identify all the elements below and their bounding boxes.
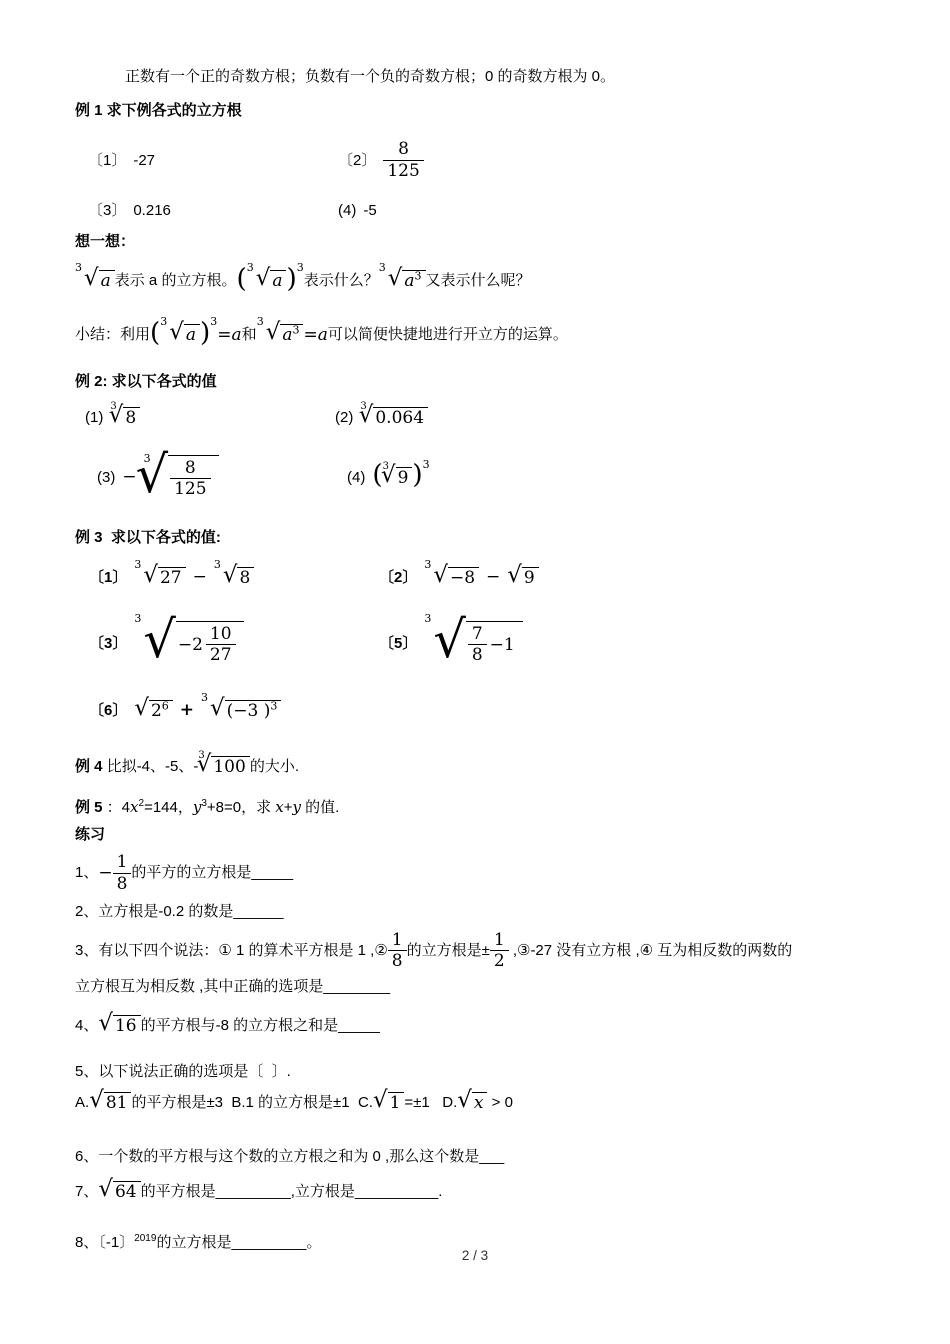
question-text: 的立方根是±: [407, 942, 490, 959]
radicand: 16: [113, 1015, 141, 1036]
practice-item-6: 6、一个数的平方根与这个数的立方根之和为 0 ,那么这个数是___: [75, 1146, 880, 1168]
exponent: 6: [162, 699, 169, 712]
example2-row1: (1)3√8 (2)3√0.064: [75, 401, 880, 435]
fraction: 18: [113, 853, 132, 893]
left-paren: (: [150, 320, 160, 346]
radicand: −21027: [176, 621, 244, 666]
example4-text-end: 的大小.: [250, 756, 299, 778]
square-root: √1: [373, 1092, 404, 1113]
fraction-numerator: 7: [468, 625, 487, 646]
summary-prefix: 小结：利用: [75, 324, 150, 346]
radicand: a3: [402, 270, 425, 291]
base: 2: [151, 701, 162, 721]
document-page: 正数有一个正的奇数方根；负数有一个负的奇数方根；0 的奇数方根为 0。 例 1 …: [0, 0, 950, 1344]
radicand: 9: [396, 467, 413, 488]
cube-root-of-a-cubed: 3√a3: [257, 324, 304, 345]
fraction: 18: [388, 931, 407, 971]
example5-text: +8=0，求: [207, 799, 275, 816]
example4-line: 例 4 比拟-4、-5、-3√100的大小.: [75, 749, 880, 785]
fraction-denominator: 8: [113, 874, 132, 894]
option-a-label: A.: [75, 1092, 89, 1114]
think-text-3: 又表示什么呢？: [426, 270, 531, 292]
fraction-numerator: 1: [113, 853, 132, 874]
example3-row2: 〔3〕3√−21027 〔5〕3√78−1: [75, 609, 880, 679]
item-label: 〔2〕: [338, 150, 376, 172]
item-number: 4、: [75, 1015, 98, 1037]
right-paren: ): [286, 266, 296, 292]
practice-item-4: 4、√16的平方根与-8 的立方根之和是_____: [75, 1011, 880, 1041]
fraction: 1027: [206, 625, 236, 665]
radicand: x: [472, 1092, 488, 1113]
equals-sign: =: [217, 323, 231, 348]
item-label: 〔6〕: [89, 700, 127, 722]
page-number: 2 / 3: [0, 1246, 950, 1266]
cube-root-of-a: 3√a: [75, 270, 115, 291]
radical-sign: √: [136, 450, 169, 501]
cube-root: 3√8: [110, 407, 140, 428]
square-root: √81: [89, 1092, 131, 1113]
square-root-of-power: √26: [134, 700, 172, 721]
example3-row3: 〔6〕√26+3√(−3 )3: [75, 689, 880, 733]
item-label: 〔2〕: [379, 567, 417, 589]
item-value: -5: [363, 200, 376, 222]
variable-y: y: [293, 798, 301, 816]
options-text-end: > 0: [487, 1092, 512, 1114]
example1-row1: 〔1〕-27 〔2〕8125: [75, 132, 880, 190]
minus-sign: −: [193, 565, 207, 590]
example4-title: 例 4: [75, 756, 103, 778]
plus-sign: +: [180, 698, 194, 723]
radicand: 8: [123, 407, 140, 428]
example3-item-5: 〔5〕3√78−1: [379, 621, 523, 667]
radicand: a: [270, 270, 286, 291]
cube-root: 3√9: [383, 467, 413, 488]
example3-title: 例 3 求以下各式的值:: [75, 527, 880, 549]
fraction-numerator: 10: [206, 625, 236, 646]
cube-root: 3√0.064: [360, 407, 428, 428]
item-number: 7、: [75, 1181, 98, 1203]
example2-item-1: (1)3√8: [85, 407, 335, 429]
square-root: √9: [507, 567, 538, 588]
item-label: (4): [347, 467, 365, 489]
cube-root: 3√8: [214, 567, 254, 588]
radical-sign: √: [457, 1089, 472, 1112]
practice-item-5: 5、以下说法正确的选项是〔 〕.: [75, 1061, 880, 1083]
minus-one: −1: [490, 635, 515, 655]
fraction: 8125: [383, 140, 423, 180]
variable-x: x: [275, 798, 283, 816]
radical-sign: √: [433, 564, 448, 587]
radical-sign: √: [266, 321, 281, 344]
fraction: 8125: [170, 459, 210, 499]
square-root: √x: [457, 1092, 487, 1113]
summary-suffix: 可以简便快捷地进行开立方的运算。: [328, 324, 568, 346]
and-text: 和: [242, 324, 257, 346]
example5-text: =144，: [144, 799, 193, 816]
practice-item-1: 1、−18的平方的立方根是_____: [75, 850, 880, 896]
exponent: 2019: [134, 1233, 156, 1244]
fraction: 78: [468, 625, 487, 665]
equals-sign: =: [303, 323, 317, 348]
plus-sign: +: [284, 799, 293, 816]
variable-a: a: [318, 323, 328, 348]
radical-sign: √: [210, 697, 225, 720]
exponent: 3: [270, 699, 277, 712]
example3-item-1: 〔1〕3√27−3√8: [89, 565, 379, 590]
base: (−3 ): [227, 701, 271, 721]
left-paren: (: [236, 266, 246, 292]
fraction-denominator: 8: [388, 951, 407, 971]
fraction-denominator: 27: [206, 645, 236, 665]
item-label: (3): [97, 467, 115, 489]
summary-line: 小结：利用(3√a)3=a和3√a3=a可以简便快捷地进行开立方的运算。: [75, 313, 880, 357]
example1-item-3: 〔3〕0.216: [88, 200, 338, 222]
cube-root-of-a: 3√a: [247, 270, 287, 291]
minus-sign: −: [122, 465, 136, 490]
fraction-denominator: 2: [490, 951, 509, 971]
think-title: 想一想：: [75, 231, 880, 253]
radicand: 27: [158, 567, 186, 588]
variable-a: a: [282, 325, 292, 345]
radicand: a3: [280, 324, 303, 345]
right-paren: ): [200, 320, 210, 346]
example2-item-2: (2)3√0.064: [335, 407, 428, 429]
cube-root-of-fraction: 3√8125: [144, 455, 219, 501]
question-text: 的平方的立方根是_____: [131, 862, 293, 884]
right-paren: ): [412, 462, 422, 488]
example1-item-1: 〔1〕-27: [88, 150, 338, 172]
integer-part: −2: [178, 635, 203, 655]
cube-of-cube-root: (3√a)3: [236, 270, 303, 292]
radical-sign: √: [89, 1089, 104, 1112]
example5-text-end: 的值.: [301, 799, 339, 816]
radicand: 64: [113, 1181, 141, 1202]
practice-item-3: 3、有以下四个说法：① 1 的算术平方根是 1 ,②18的立方根是±12 ,③-…: [75, 931, 880, 1003]
cube-root: 3√27: [134, 567, 185, 588]
cube-root-of-a-cubed: 3√a3: [379, 270, 426, 291]
item-label: 〔3〕: [88, 200, 126, 222]
radicand: 0.064: [373, 407, 428, 428]
practice-item-7: 7、√64的平方根是_________,立方根是__________.: [75, 1176, 880, 1208]
cube-of-cube-root: (3√9)3: [372, 467, 429, 489]
question-text-line2: 立方根互为相反数 ,其中正确的选项是________: [75, 978, 390, 995]
cube-root-of-mixed-number: 3√−21027: [134, 621, 243, 667]
fraction-denominator: 125: [383, 161, 423, 181]
think-formula-line: 3√a表示 a 的立方根。(3√a)3表示什么？3√a3又表示什么呢？: [75, 258, 880, 304]
radical-sign: √: [433, 615, 466, 666]
example2-item-4: (4)(3√9)3: [347, 467, 430, 489]
options-text: 的平方根是±3 B.1 的立方根是±1 C.: [131, 1092, 373, 1114]
radical-sign: √: [98, 1178, 113, 1201]
variable-a: a: [232, 323, 242, 348]
fraction-numerator: 8: [383, 140, 423, 161]
exponent: 3: [415, 270, 422, 283]
example2-item-3: (3)−3√8125: [85, 455, 347, 501]
radicand: (−3 )3: [225, 700, 282, 721]
example3-item-6: 〔6〕√26+3√(−3 )3: [89, 698, 281, 723]
example1-item-2: 〔2〕8125: [338, 140, 424, 180]
example5-line: 例 5 ：4x2=144，y3+8=0，求 x+y 的值.: [75, 797, 880, 819]
practice-item-5-options: A.√81的平方根是±3 B.1 的立方根是±1 C.√1=±1 D.√x > …: [75, 1086, 880, 1118]
radical-sign: √: [507, 564, 522, 587]
item-value: -27: [133, 150, 155, 172]
item-label: (4): [338, 200, 356, 222]
item-label: (2): [335, 407, 353, 429]
question-text: 的平方根与-8 的立方根之和是_____: [141, 1015, 380, 1037]
cube-root-of-a: 3√a: [160, 324, 200, 345]
item-value: 0.216: [133, 200, 171, 222]
radicand: 26: [149, 700, 173, 721]
cube-root: 3√100: [198, 756, 249, 777]
cube-of-cube-root: (3√a)3: [150, 324, 217, 346]
example3-item-2: 〔2〕3√−8−√9: [379, 565, 539, 590]
example3-item-3: 〔3〕3√−21027: [89, 621, 379, 667]
example2-title: 例 2: 求以下各式的值: [75, 371, 880, 393]
cube-root: 3√−8: [424, 567, 479, 588]
think-text-2: 表示什么？: [304, 270, 379, 292]
radicand: 8125: [168, 455, 218, 500]
radical-sign: √: [388, 267, 403, 290]
radical-sign: √: [84, 267, 99, 290]
square-root: √16: [98, 1015, 140, 1036]
options-text: =±1 D.: [404, 1092, 457, 1114]
square-root: √64: [98, 1181, 140, 1202]
radicand: 9: [522, 567, 539, 588]
radical-sign: √: [143, 564, 158, 587]
fraction-numerator: 1: [490, 931, 509, 952]
cube-root-of-expression: 3√78−1: [424, 621, 522, 667]
fraction-numerator: 1: [388, 931, 407, 952]
question-text: ,③-27 没有立方根 ,④ 互为相反数的两数的: [509, 942, 793, 959]
radicand: 100: [211, 756, 249, 777]
radical-sign: √: [223, 564, 238, 587]
example5-text: ：4: [103, 799, 131, 816]
think-text-1: 表示 a 的立方根。: [115, 270, 237, 292]
question-text: 3、有以下四个说法：① 1 的算术平方根是 1 ,②: [75, 942, 388, 959]
item-label: 〔5〕: [379, 633, 417, 655]
radicand: 1: [388, 1092, 405, 1113]
example4-text: 比拟-4、-5、-: [103, 756, 199, 778]
example1-row2: 〔3〕0.216 (4)-5: [75, 200, 880, 222]
radical-sign: √: [256, 267, 271, 290]
radical-sign: √: [373, 1089, 388, 1112]
fraction-denominator: 8: [468, 645, 487, 665]
radical-sign: √: [98, 1012, 113, 1035]
fraction: 12: [490, 931, 509, 971]
fraction-denominator: 125: [170, 479, 210, 499]
practice-item-2: 2、立方根是-0.2 的数是______: [75, 901, 880, 923]
cube-root-of-power: 3√(−3 )3: [201, 700, 281, 721]
item-label: 〔1〕: [88, 150, 126, 172]
variable-x: x: [130, 798, 138, 816]
practice-title: 练习: [75, 824, 880, 846]
example2-row2: (3)−3√8125 (4)(3√9)3: [75, 445, 880, 511]
example5-title: 例 5: [75, 799, 103, 816]
item-number: 1、: [75, 862, 98, 884]
item-label: 〔1〕: [89, 567, 127, 589]
radicand: a: [184, 324, 200, 345]
radicand: −8: [448, 567, 479, 588]
radicand: 8: [237, 567, 254, 588]
example3-row1: 〔1〕3√27−3√8 〔2〕3√−8−√9: [75, 557, 880, 599]
question-text: 的平方根是_________,立方根是__________.: [141, 1181, 443, 1203]
item-label: (1): [85, 407, 103, 429]
intro-text: 正数有一个正的奇数方根；负数有一个负的奇数方根；0 的奇数方根为 0。: [75, 66, 880, 88]
radicand: 81: [104, 1092, 132, 1113]
exponent: 3: [292, 324, 299, 337]
radicand: 78−1: [466, 621, 523, 666]
minus-sign: −: [486, 565, 500, 590]
example1-item-4: (4)-5: [338, 200, 377, 222]
variable-a: a: [404, 271, 414, 291]
fraction-numerator: 8: [170, 459, 210, 480]
example1-title: 例 1 求下例各式的立方根: [75, 100, 880, 122]
item-label: 〔3〕: [89, 633, 127, 655]
radical-sign: √: [169, 321, 184, 344]
minus-sign: −: [98, 861, 112, 886]
radicand: a: [99, 270, 115, 291]
radical-sign: √: [134, 697, 149, 720]
radical-sign: √: [143, 615, 176, 666]
